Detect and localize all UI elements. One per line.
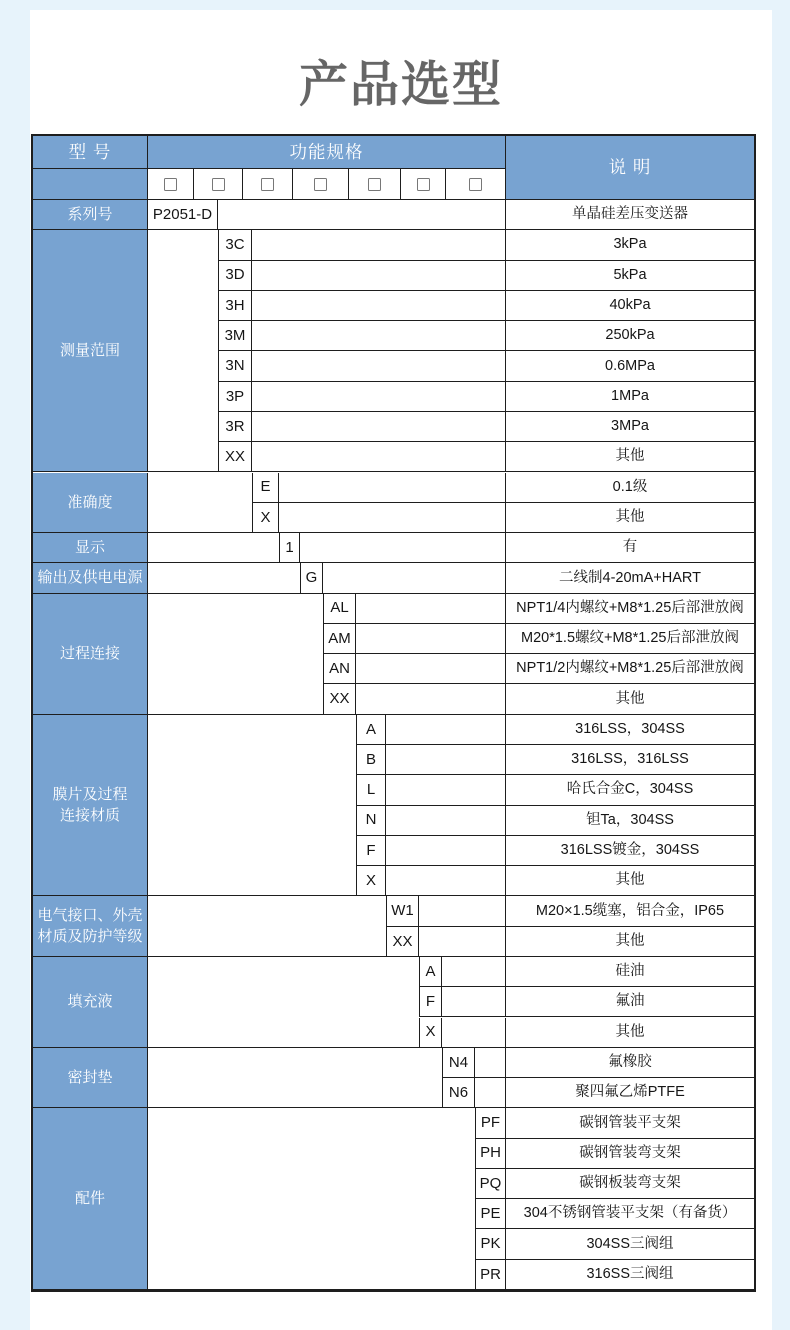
section-label-process-connection: 过程连接 bbox=[33, 594, 148, 715]
code-cell-diaphragm-material: L bbox=[356, 775, 386, 805]
section-spacer-gasket bbox=[148, 1048, 442, 1109]
desc-cell: 其他 bbox=[505, 927, 754, 957]
code-cell-diaphragm-material: N bbox=[356, 806, 386, 836]
section-label-diaphragm-material: 膜片及过程 连接材质 bbox=[33, 715, 148, 897]
desc-cell: 3kPa bbox=[505, 230, 754, 260]
desc-cell: 聚四氟乙烯PTFE bbox=[505, 1078, 754, 1108]
code-cell-process-connection: AN bbox=[323, 654, 356, 684]
desc-cell: 哈氏合金C，304SS bbox=[505, 775, 754, 805]
empty-checkbox-icon bbox=[164, 178, 177, 191]
code-cell-electrical-housing: XX bbox=[386, 927, 419, 957]
checkbox-cell bbox=[194, 169, 243, 200]
filler-cell bbox=[386, 745, 505, 775]
desc-cell: 其他 bbox=[505, 684, 754, 714]
filler-cell bbox=[252, 412, 505, 442]
desc-cell: 316SS三阀组 bbox=[505, 1260, 754, 1290]
code-cell-diaphragm-material: B bbox=[356, 745, 386, 775]
checkbox-cell bbox=[148, 169, 194, 200]
header-desc-cell: 说 明 bbox=[505, 136, 754, 200]
desc-cell: 其他 bbox=[505, 1018, 754, 1048]
code-cell-measuring-range: XX bbox=[218, 442, 252, 472]
section-label-accessories: 配件 bbox=[33, 1108, 148, 1290]
filler-cell bbox=[356, 654, 505, 684]
filler-cell bbox=[300, 533, 505, 563]
code-cell-process-connection: XX bbox=[323, 684, 356, 714]
code-cell-accessories: PK bbox=[475, 1229, 505, 1259]
desc-cell: 二线制4-20mA+HART bbox=[505, 563, 754, 593]
page-background: { "page": { "title": "产品选型", "bg_color":… bbox=[0, 0, 790, 1330]
checkbox-cell bbox=[293, 169, 349, 200]
checkbox-cell bbox=[401, 169, 446, 200]
section-spacer-electrical-housing bbox=[148, 896, 386, 957]
section-spacer-accuracy bbox=[148, 473, 252, 534]
code-cell-diaphragm-material: X bbox=[356, 866, 386, 896]
code-cell-series-number: P2051-D bbox=[148, 200, 218, 230]
filler-cell bbox=[356, 594, 505, 624]
filler-cell bbox=[252, 261, 505, 291]
desc-cell: 氟橡胶 bbox=[505, 1048, 754, 1078]
code-cell-accuracy: X bbox=[252, 503, 279, 533]
code-cell-accuracy: E bbox=[252, 473, 279, 503]
section-label-measuring-range: 测量范围 bbox=[33, 230, 148, 472]
code-cell-process-connection: AM bbox=[323, 624, 356, 654]
code-cell-diaphragm-material: A bbox=[356, 715, 386, 745]
desc-cell: NPT1/4内螺纹+M8*1.25后部泄放阀 bbox=[505, 594, 754, 624]
header-spec-cell: 功能规格 bbox=[148, 136, 505, 169]
section-label-output-power: 输出及供电电源 bbox=[33, 563, 148, 593]
desc-cell: 其他 bbox=[505, 503, 754, 533]
code-cell-accessories: PE bbox=[475, 1199, 505, 1229]
section-label-fill-fluid: 填充液 bbox=[33, 957, 148, 1048]
desc-cell: 碳钢板装弯支架 bbox=[505, 1169, 754, 1199]
code-cell-measuring-range: 3M bbox=[218, 321, 252, 351]
desc-cell: 304不锈钢管装平支架（有备货） bbox=[505, 1199, 754, 1229]
desc-cell: 5kPa bbox=[505, 261, 754, 291]
filler-cell bbox=[442, 1018, 505, 1048]
filler-cell bbox=[442, 987, 505, 1017]
code-cell-fill-fluid: A bbox=[419, 957, 442, 987]
section-label-series-number: 系列号 bbox=[33, 200, 148, 230]
checkbox-cell bbox=[446, 169, 505, 200]
desc-cell: 氟油 bbox=[505, 987, 754, 1017]
filler-cell bbox=[386, 866, 505, 896]
empty-checkbox-icon bbox=[314, 178, 327, 191]
desc-cell: 其他 bbox=[505, 442, 754, 472]
checkbox-cell bbox=[243, 169, 293, 200]
code-cell-accessories: PH bbox=[475, 1139, 505, 1169]
code-cell-accessories: PQ bbox=[475, 1169, 505, 1199]
section-spacer-measuring-range bbox=[148, 230, 218, 472]
desc-cell: 250kPa bbox=[505, 321, 754, 351]
desc-cell: 硅油 bbox=[505, 957, 754, 987]
desc-cell: 1MPa bbox=[505, 382, 754, 412]
page-title: 产品选型 bbox=[30, 46, 772, 116]
code-cell-gasket: N6 bbox=[442, 1078, 475, 1108]
filler-cell bbox=[279, 503, 505, 533]
empty-checkbox-icon bbox=[469, 178, 482, 191]
filler-cell bbox=[419, 896, 505, 926]
code-cell-measuring-range: 3H bbox=[218, 291, 252, 321]
empty-checkbox-icon bbox=[212, 178, 225, 191]
filler-cell bbox=[356, 684, 505, 714]
desc-cell: 3MPa bbox=[505, 412, 754, 442]
code-cell-accessories: PR bbox=[475, 1260, 505, 1290]
section-spacer-accessories bbox=[148, 1108, 475, 1290]
code-cell-output-power: G bbox=[300, 563, 323, 593]
filler-cell bbox=[218, 200, 505, 230]
desc-cell: 其他 bbox=[505, 866, 754, 896]
filler-cell bbox=[475, 1048, 505, 1078]
code-cell-measuring-range: 3C bbox=[218, 230, 252, 260]
header-model-empty-cell bbox=[33, 169, 148, 200]
filler-cell bbox=[386, 775, 505, 805]
code-cell-measuring-range: 3N bbox=[218, 351, 252, 381]
filler-cell bbox=[279, 473, 505, 503]
empty-checkbox-icon bbox=[417, 178, 430, 191]
desc-cell: M20*1.5螺纹+M8*1.25后部泄放阀 bbox=[505, 624, 754, 654]
filler-cell bbox=[386, 806, 505, 836]
filler-cell bbox=[252, 351, 505, 381]
section-spacer-fill-fluid bbox=[148, 957, 419, 1048]
code-cell-gasket: N4 bbox=[442, 1048, 475, 1078]
code-cell-accessories: PF bbox=[475, 1108, 505, 1138]
filler-cell bbox=[442, 957, 505, 987]
desc-cell: NPT1/2内螺纹+M8*1.25后部泄放阀 bbox=[505, 654, 754, 684]
code-cell-fill-fluid: F bbox=[419, 987, 442, 1017]
section-spacer-diaphragm-material bbox=[148, 715, 356, 897]
section-label-gasket: 密封垫 bbox=[33, 1048, 148, 1109]
filler-cell bbox=[252, 442, 505, 472]
product-selection-table: 型 号 功能规格 说 明 系列号P2051-D单晶硅差压变送器测量范围3C3kP… bbox=[33, 136, 754, 1290]
filler-cell bbox=[252, 321, 505, 351]
section-label-accuracy: 准确度 bbox=[33, 473, 148, 534]
code-cell-measuring-range: 3R bbox=[218, 412, 252, 442]
section-label-display: 显示 bbox=[33, 533, 148, 563]
code-cell-display: 1 bbox=[279, 533, 300, 563]
checkbox-cell bbox=[349, 169, 401, 200]
code-cell-measuring-range: 3D bbox=[218, 261, 252, 291]
filler-cell bbox=[323, 563, 505, 593]
content-card: 产品选型 型 号 功能规格 说 明 系列号P2051-D单晶硅差压变送器测量范围… bbox=[30, 10, 772, 1330]
section-label-electrical-housing: 电气接口、外壳 材质及防护等级 bbox=[33, 896, 148, 957]
filler-cell bbox=[419, 927, 505, 957]
empty-checkbox-icon bbox=[261, 178, 274, 191]
desc-cell: 单晶硅差压变送器 bbox=[505, 200, 754, 230]
filler-cell bbox=[475, 1078, 505, 1108]
desc-cell: 316LSS，316LSS bbox=[505, 745, 754, 775]
section-spacer-output-power bbox=[148, 563, 300, 593]
code-cell-process-connection: AL bbox=[323, 594, 356, 624]
desc-cell: 0.6MPa bbox=[505, 351, 754, 381]
code-cell-electrical-housing: W1 bbox=[386, 896, 419, 926]
filler-cell bbox=[252, 382, 505, 412]
code-cell-diaphragm-material: F bbox=[356, 836, 386, 866]
desc-cell: 40kPa bbox=[505, 291, 754, 321]
filler-cell bbox=[386, 836, 505, 866]
desc-cell: M20×1.5缆塞，铝合金，IP65 bbox=[505, 896, 754, 926]
header-model-cell: 型 号 bbox=[33, 136, 148, 169]
desc-cell: 钽Ta，304SS bbox=[505, 806, 754, 836]
filler-cell bbox=[356, 624, 505, 654]
desc-cell: 316LSS，304SS bbox=[505, 715, 754, 745]
filler-cell bbox=[252, 291, 505, 321]
filler-cell bbox=[252, 230, 505, 260]
filler-cell bbox=[386, 715, 505, 745]
desc-cell: 304SS三阀组 bbox=[505, 1229, 754, 1259]
desc-cell: 碳钢管装平支架 bbox=[505, 1108, 754, 1138]
section-spacer-process-connection bbox=[148, 594, 323, 715]
section-spacer-display bbox=[148, 533, 279, 563]
empty-checkbox-icon bbox=[368, 178, 381, 191]
code-cell-fill-fluid: X bbox=[419, 1018, 442, 1048]
desc-cell: 0.1级 bbox=[505, 473, 754, 503]
desc-cell: 碳钢管装弯支架 bbox=[505, 1139, 754, 1169]
desc-cell: 有 bbox=[505, 533, 754, 563]
code-cell-measuring-range: 3P bbox=[218, 382, 252, 412]
desc-cell: 316LSS镀金，304SS bbox=[505, 836, 754, 866]
